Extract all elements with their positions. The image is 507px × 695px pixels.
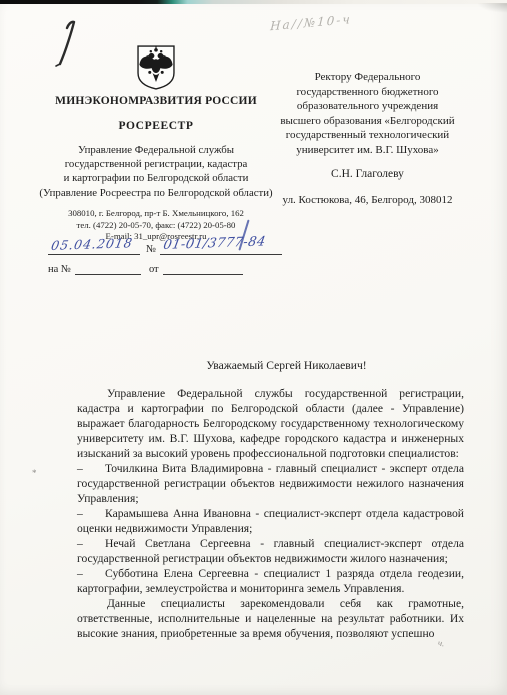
scan-speck-icon: * <box>32 468 37 478</box>
handwritten-outgoing-number: 01-01/3777-84 <box>162 234 267 253</box>
date-blank-line: 05.04.2018 <box>48 240 140 255</box>
scan-artifact-top-bar <box>0 0 507 4</box>
list-dash: – <box>77 461 105 476</box>
list-dash: – <box>77 536 105 551</box>
sender-address-line: 308010, г. Белгород, пр-т Б. Хмельницког… <box>30 208 282 220</box>
recipient-title-line: университет им. В.Г. Шухова» <box>270 143 465 158</box>
scanned-letter-page: На//№10-ч МИНЭКОНОМРАЗВИТИЯ РОССИИ <box>0 0 507 695</box>
recipient-title-line: государственный технологический <box>270 128 465 143</box>
department-name-line: (Управление Росреестра по Белгородской о… <box>30 186 282 200</box>
handwritten-date: 05.04.2018 <box>50 235 134 253</box>
incoming-ref-line: на №от <box>48 260 283 278</box>
na-number-label: на № <box>48 264 71 275</box>
pencil-annotation: На//№10-ч <box>270 9 390 34</box>
recipient-title-line: образовательного учреждения <box>270 99 465 114</box>
incoming-number-blank <box>75 260 141 275</box>
list-item: –Субботина Елена Сергеевна - специалист … <box>77 566 464 596</box>
salutation: Уважаемый Сергей Николаевич! <box>93 358 480 373</box>
list-dash: – <box>77 566 105 581</box>
agency-name: РОСРЕЕСТР <box>30 120 282 132</box>
list-item: –Нечай Светлана Сергеевна - главный спец… <box>77 536 464 566</box>
list-item: –Точилкина Вита Владимировна - главный с… <box>77 461 464 506</box>
recipient-title-line: Ректору Федерального <box>270 70 465 85</box>
list-item-text: Нечай Светлана Сергеевна - главный специ… <box>77 537 464 565</box>
incoming-date-blank <box>163 260 243 275</box>
number-blank-line: 01-01/3777-84 <box>160 240 282 255</box>
scan-speck-icon: ч. <box>437 638 445 649</box>
department-name-line: и картографии по Белгородской области <box>30 171 282 185</box>
list-dash: – <box>77 506 105 521</box>
recipient-block: Ректору Федерального государственного бю… <box>270 70 465 206</box>
list-item-text: Точилкина Вита Владимировна - главный сп… <box>77 462 464 505</box>
scan-artifact-corner <box>477 3 507 13</box>
recipient-address: ул. Костюкова, 46, Белгород, 308012 <box>270 194 465 206</box>
reference-block: 05.04.2018 № 01-01/3777-84 на №от <box>48 240 283 278</box>
list-item-text: Субботина Елена Сергеевна - специалист 1… <box>77 567 464 595</box>
recipient-title-line: государственного бюджетного <box>270 85 465 100</box>
body-paragraph-2: Данные специалисты зарекомендовали себя … <box>77 596 464 641</box>
body-paragraph-1: Управление Федеральной службы государств… <box>77 386 464 461</box>
recipient-title-line: высшего образования «Белгородский <box>270 114 465 129</box>
department-name-line: Управление Федеральной службы <box>30 143 282 157</box>
ot-label: от <box>149 264 159 275</box>
list-item-text: Карамышева Анна Ивановна - специалист-эк… <box>77 507 464 535</box>
list-item: –Карамышева Анна Ивановна - специалист-э… <box>77 506 464 536</box>
recipient-name: С.Н. Глаголеву <box>270 168 465 180</box>
department-name-line: государственной регистрации, кадастра <box>30 157 282 171</box>
recipient-title: Ректору Федерального государственного бю… <box>270 70 465 158</box>
ministry-name: МИНЭКОНОМРАЗВИТИЯ РОССИИ <box>30 95 282 107</box>
russian-coat-of-arms-icon <box>135 44 177 91</box>
letter-body: Уважаемый Сергей Николаевич! Управление … <box>77 358 464 641</box>
outgoing-ref-line: 05.04.2018 № 01-01/3777-84 <box>48 240 283 258</box>
sender-block: МИНЭКОНОМРАЗВИТИЯ РОССИИ РОСРЕЕСТР Управ… <box>30 44 282 243</box>
department-name: Управление Федеральной службы государств… <box>30 143 282 200</box>
number-sign: № <box>146 244 156 255</box>
